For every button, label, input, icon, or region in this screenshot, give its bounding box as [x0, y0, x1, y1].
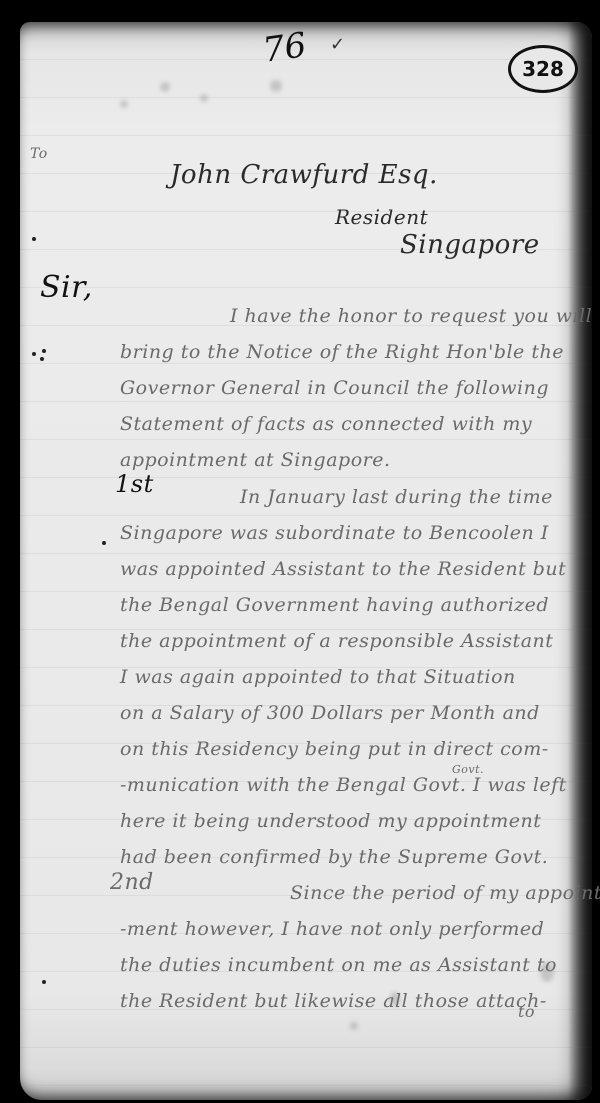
paragraph-line: Singapore was subordinate to Bencoolen I: [120, 522, 549, 544]
ink-stain: [350, 1022, 358, 1030]
margin-mark: [102, 541, 106, 545]
paragraph-line: -munication with the Bengal Govt. I was …: [120, 774, 567, 796]
paragraph-line: was appointed Assistant to the Resident …: [120, 558, 566, 580]
margin-mark: [42, 349, 46, 353]
archive-stamp-number: 328: [522, 57, 564, 81]
paragraph-line: -ment however, I have not only performed: [120, 918, 544, 940]
paragraph-line: the Resident but likewise all those atta…: [120, 990, 547, 1012]
margin-mark: [40, 357, 44, 361]
body-line: I have the honor to request you will: [230, 305, 592, 327]
body-line: Statement of facts as connected with my: [120, 413, 532, 435]
paragraph-line: the appointment of a responsible Assista…: [120, 630, 553, 652]
archive-stamp: 328: [508, 45, 578, 93]
margin-mark: [42, 980, 46, 984]
paragraph-line: I was again appointed to that Situation: [120, 666, 516, 688]
paragraph-marker: 1st: [115, 470, 154, 498]
paragraph-line: here it being understood my appointment: [120, 810, 541, 832]
margin-mark: [32, 237, 36, 241]
margin-to: To: [30, 146, 48, 162]
paragraph-line: on this Residency being put in direct co…: [120, 738, 549, 760]
addressee-name: John Crawfurd Esq.: [170, 160, 438, 190]
body-line: bring to the Notice of the Right Hon'ble…: [120, 341, 564, 363]
scanned-document: 76 ✓ 328 To John Crawfurd Esq. Resident …: [0, 0, 600, 1103]
paragraph-line: the duties incumbent on me as Assistant …: [120, 954, 557, 976]
paragraph-line: Since the period of my appoint-: [290, 882, 600, 904]
addressee-place: Singapore: [400, 230, 540, 260]
paragraph-marker: 2nd: [110, 870, 154, 895]
paragraph-line: had been confirmed by the Supreme Govt.: [120, 846, 548, 868]
ink-stain: [160, 82, 170, 92]
addressee-title: Resident: [335, 205, 428, 229]
ink-stain: [120, 100, 128, 108]
paragraph-line: on a Salary of 300 Dollars per Month and: [120, 702, 540, 724]
salutation: Sir,: [40, 270, 93, 305]
catchword: to: [518, 1002, 535, 1021]
paragraph-line: the Bengal Government having authorized: [120, 594, 549, 616]
check-mark-icon: ✓: [330, 34, 345, 55]
margin-mark: [32, 352, 36, 356]
ink-stain: [200, 94, 208, 102]
body-line: Governor General in Council the followin…: [120, 377, 549, 399]
ink-stain: [270, 80, 282, 92]
body-line: appointment at Singapore.: [120, 449, 391, 471]
folio-number: 76: [260, 25, 308, 71]
paragraph-line: In January last during the time: [240, 486, 553, 508]
